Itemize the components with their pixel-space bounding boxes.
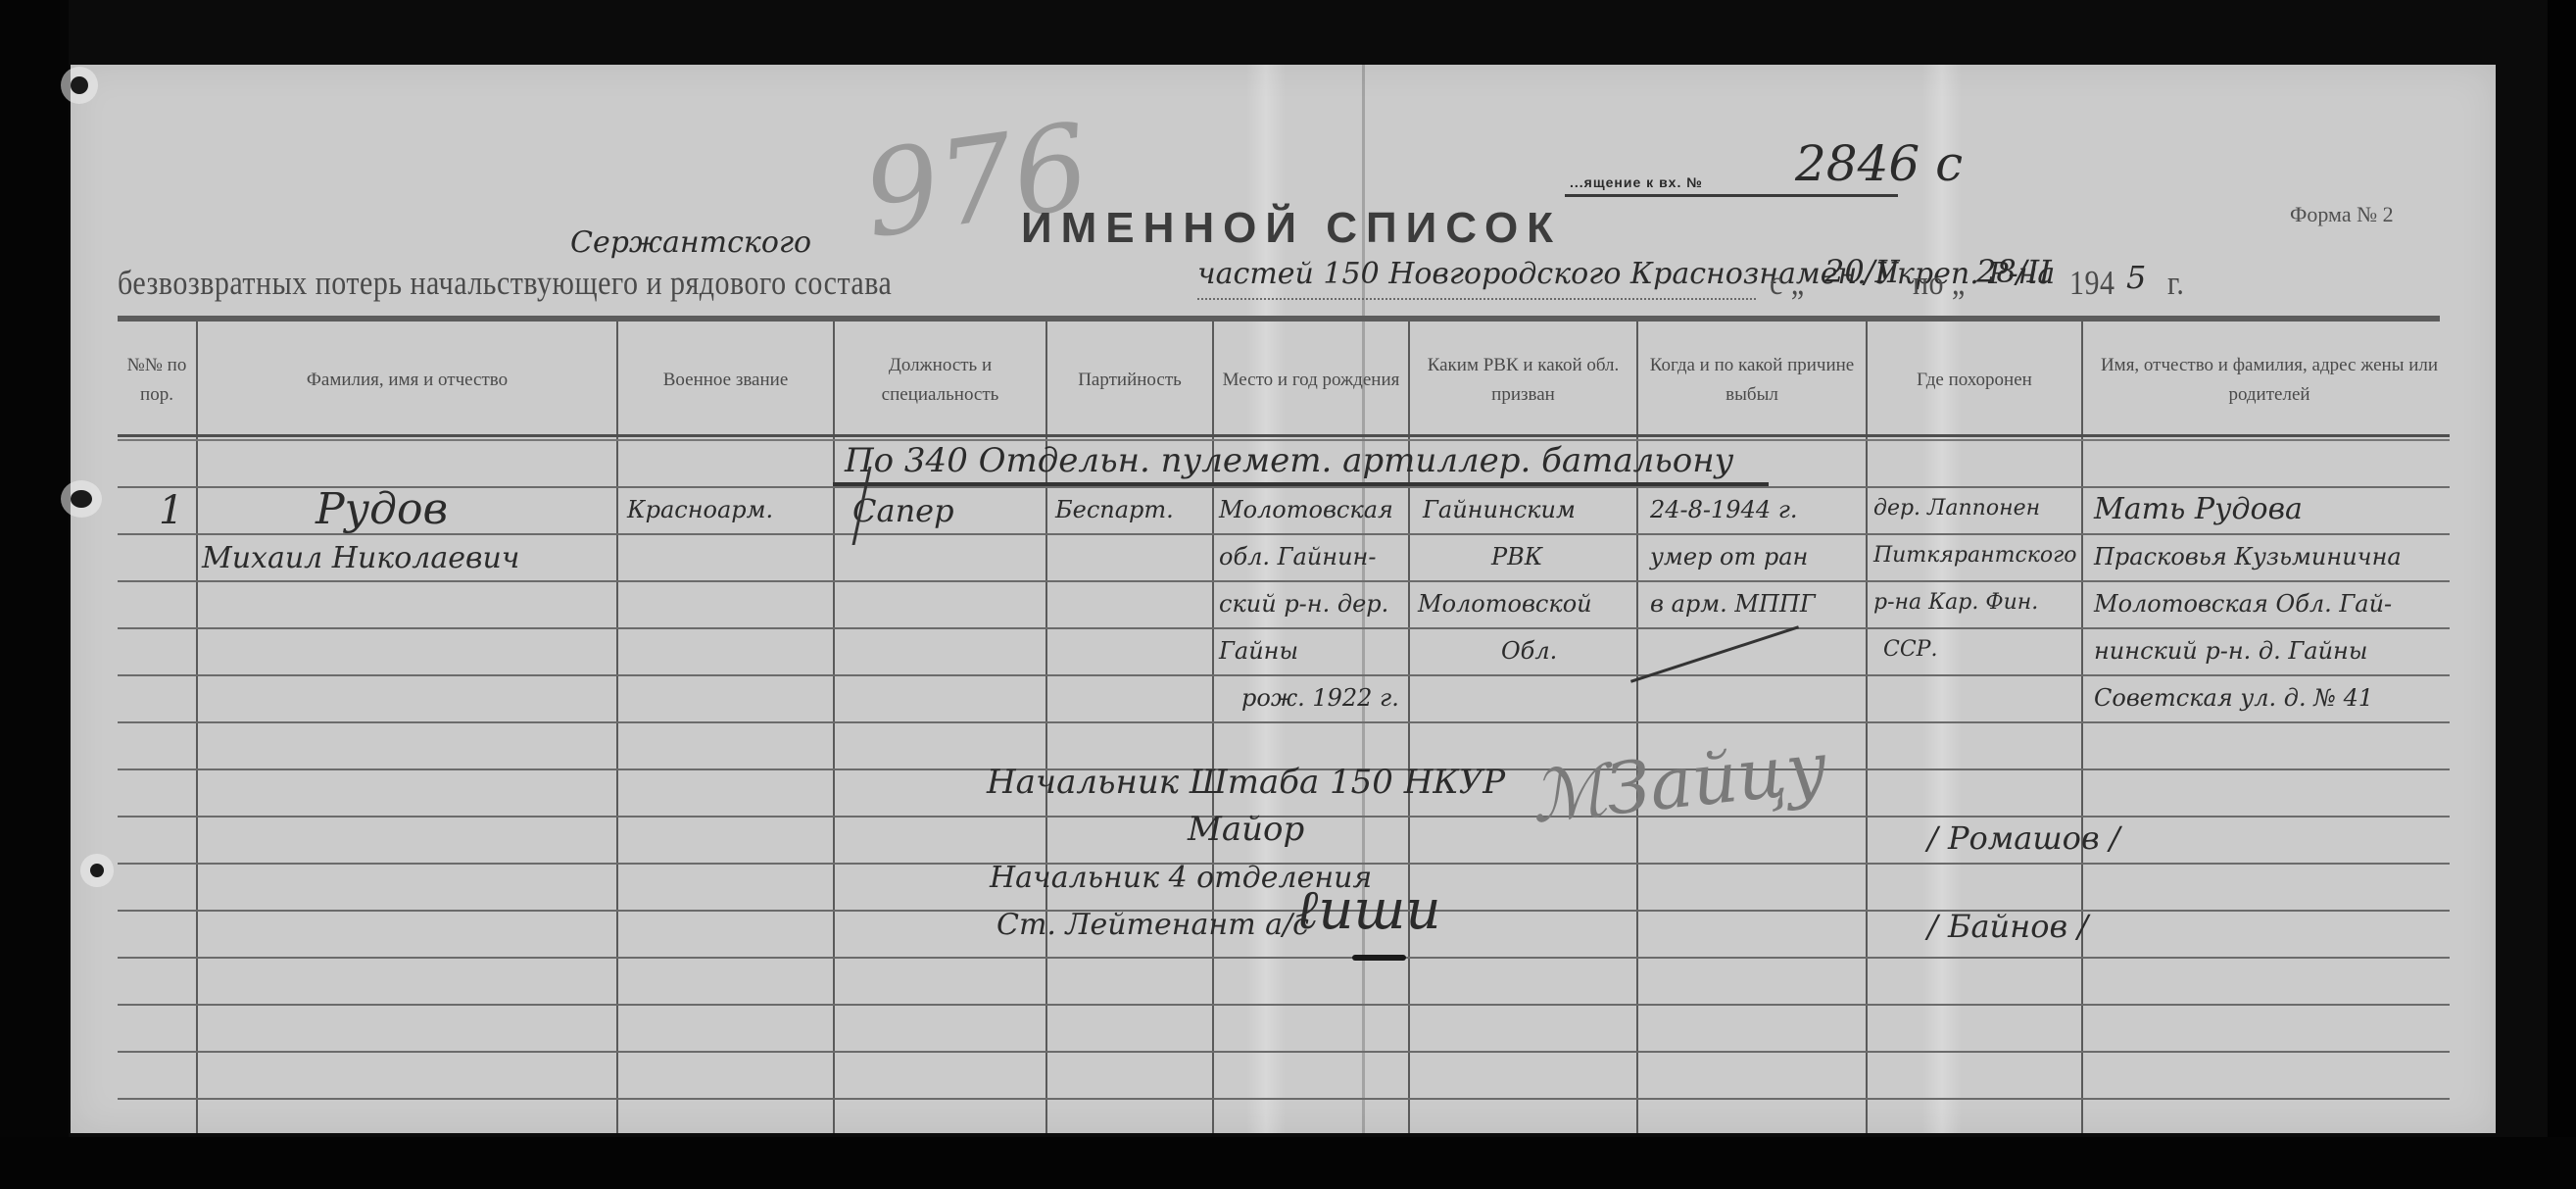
document-page: 976 ...ящение к вх. № 2846 с Форма № 2 И… [71, 65, 2496, 1133]
year-suffix: 5 [2126, 259, 2146, 296]
rvk-line: Молотовской [1418, 590, 1592, 618]
chief-of-staff-title: Начальник Штаба 150 НКУР [987, 763, 1505, 802]
page-title: ИМЕННОЙ СПИСОК [1021, 204, 1562, 253]
party: Беспарт. [1055, 496, 1174, 523]
form-number: Форма № 2 [2290, 202, 2394, 227]
year-prefix: 194 [2069, 265, 2115, 303]
birth-line: ский р-н. дер. [1219, 590, 1388, 618]
column-divider [2081, 322, 2083, 1133]
row-line [118, 957, 2450, 959]
header-rule [118, 316, 2440, 322]
buried-line: дер. Лаппонен [1873, 496, 2040, 520]
column-divider [196, 322, 198, 1133]
column-header-rank: Военное звание [618, 327, 833, 433]
when-why-line: 24-8-1944 г. [1650, 496, 1798, 523]
punch-hole-icon [90, 864, 104, 877]
dept-head-signature: ℓиши [1295, 878, 1441, 942]
kin-line: Прасковья Кузьминична [2094, 543, 2402, 570]
column-header-position: Должность и специальность [835, 327, 1045, 433]
period-to: 28/II [1976, 253, 2052, 290]
dept-head-name: / Байнов / [1927, 908, 2088, 945]
column-header-when-why: Когда и по какой причине выбыл [1638, 327, 1866, 433]
stamp-number: 2846 с [1795, 135, 1963, 192]
surname: Рудов [316, 484, 448, 534]
column-header-party: Партийность [1047, 327, 1212, 433]
birth-line: рож. 1922 г. [1241, 684, 1399, 712]
row-line [118, 627, 2450, 629]
column-header-birth: Место и год рождения [1214, 327, 1408, 433]
column-header-buried: Где похоронен [1868, 327, 2081, 433]
column-divider [833, 322, 835, 1133]
dept-head-rank: Ст. Лейтенант а/с [996, 908, 1309, 942]
year-end: г. [2167, 265, 2184, 303]
kin-line: Мать Рудова [2094, 492, 2303, 526]
scanner-background-right [2548, 0, 2576, 1189]
row-line [118, 533, 2450, 535]
scanner-background-bottom [0, 1137, 2576, 1189]
rvk-line: РВК [1491, 543, 1542, 570]
row-number: 1 [159, 488, 183, 533]
column-header-kin: Имя, отчество и фамилия, адрес жены или … [2083, 327, 2455, 433]
section-heading: По 340 Отдельн. пулемет. артиллер. батал… [845, 441, 1733, 480]
first-and-patronymic: Михаил Николаевич [202, 541, 519, 575]
row-line [118, 580, 2450, 582]
rvk-line: Обл. [1501, 637, 1557, 665]
birth-line: Молотовская [1219, 496, 1393, 523]
period-from: 20/II [1824, 253, 1900, 290]
punch-hole-icon [71, 490, 92, 508]
row-line [118, 721, 2450, 723]
subtitle-printed: безвозвратных потерь начальствующего и р… [118, 265, 892, 303]
period-to-prefix: по „ [1913, 265, 1966, 303]
column-header-rule [118, 434, 2450, 437]
column-header-num: №№ по пор. [118, 327, 196, 433]
row-line [118, 1098, 2450, 1100]
punch-hole-icon [71, 76, 88, 94]
subtitle-handwritten-insert: Сержантского [570, 225, 811, 260]
incoming-stamp-label: ...ящение к вх. № [1570, 174, 1703, 190]
unit-fill-line [1197, 298, 1756, 300]
period-from-prefix: с „ [1770, 265, 1805, 303]
chief-of-staff-rank: Майор [1188, 810, 1304, 849]
row-line [118, 674, 2450, 676]
military-rank: Красноарм. [627, 496, 773, 523]
ink-smudge [1352, 955, 1406, 961]
row-line [118, 486, 2450, 488]
buried-line: ССР. [1883, 637, 1937, 662]
column-header-name: Фамилия, имя и отчество [198, 327, 616, 433]
kin-line: Молотовская Обл. Гай- [2094, 590, 2392, 618]
buried-line: р-на Кар. Фин. [1873, 590, 2038, 615]
column-header-rvk: Каким РВК и какой обл. призван [1410, 327, 1636, 433]
position: Сапер [852, 492, 954, 529]
when-why-line: в арм. МППГ [1650, 590, 1816, 618]
row-line [118, 1004, 2450, 1006]
buried-line: Питкярантского [1873, 543, 2077, 568]
when-why-line: умер от ран [1650, 543, 1808, 570]
section-heading-underline [833, 482, 1769, 486]
chief-of-staff-name: / Ромашов / [1927, 819, 2120, 857]
column-divider [616, 322, 618, 1133]
kin-line: Советская ул. д. № 41 [2094, 684, 2373, 712]
row-line [118, 1051, 2450, 1053]
stamp-underline [1565, 194, 1898, 197]
column-divider [1866, 322, 1868, 1133]
rvk-line: Гайнинским [1423, 496, 1576, 523]
kin-line: нинский р-н. д. Гайны [2094, 637, 2367, 665]
chief-of-staff-signature: ℳЗайцу [1527, 725, 1830, 838]
scanner-background-left [0, 0, 69, 1189]
birth-line: обл. Гайнин- [1219, 543, 1376, 570]
birth-line: Гайны [1219, 637, 1298, 665]
